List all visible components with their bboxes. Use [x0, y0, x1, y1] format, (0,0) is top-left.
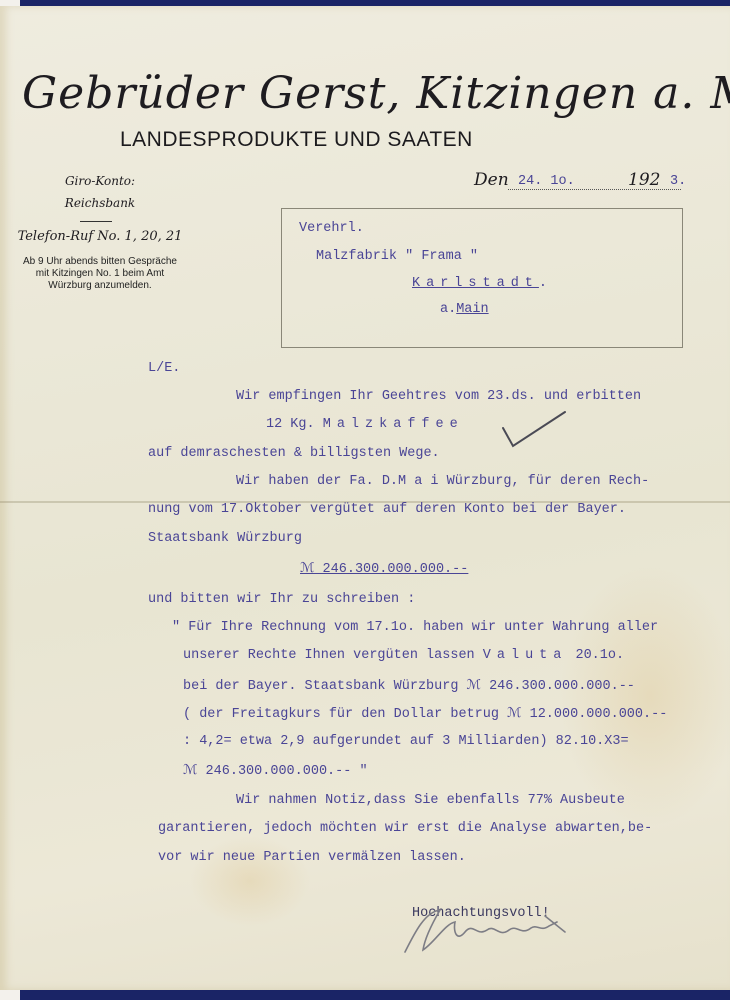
item-malzkaffee: Malzkaffee	[323, 417, 464, 432]
paper-stain	[560, 566, 730, 826]
telephone-info: Telefon-Ruf No. 1, 20, 21	[0, 229, 200, 244]
company-subtitle: LANDESPRODUKTE UND SAATEN	[120, 128, 473, 152]
telephone-note-line-1: Ab 9 Uhr abends bitten Gespräche	[0, 256, 200, 268]
body-line: Wir empfingen Ihr Geehtres vom 23.ds. un…	[236, 389, 641, 404]
quote-line: : 4,2= etwa 2,9 aufgerundet auf 3 Millia…	[183, 734, 629, 749]
body-line: auf demraschesten & billigsten Wege.	[148, 446, 440, 461]
date-day-month: 24. 1o.	[518, 174, 575, 189]
telephone-note-line-3: Würzburg anzumelden.	[0, 280, 200, 292]
body-line: Staatsbank Würzburg	[148, 531, 302, 546]
date-prefix: Den	[474, 170, 509, 190]
date-year-prefix: 192	[628, 170, 660, 190]
body-line: garantieren, jedoch möchten wir erst die…	[158, 821, 652, 836]
date-line: Den 24. 1o. 192 3.	[474, 172, 699, 192]
quote-line: " Für Ihre Rechnung vom 17.1o. haben wir…	[172, 620, 658, 635]
side-divider	[80, 221, 112, 222]
telephone-note-line-2: mit Kitzingen No. 1 beim Amt	[0, 268, 200, 280]
body-line: vor wir neue Partien vermälzen lassen.	[158, 850, 466, 865]
quote-line: bei der Bayer. Staatsbank Würzburg ℳ 246…	[183, 677, 635, 694]
body-line: nung vom 17.Oktober vergütet auf deren K…	[148, 502, 626, 517]
handwritten-signature	[395, 902, 595, 962]
quote-line: unserer Rechte Ihnen vergüten lassen Val…	[183, 648, 624, 663]
date-year-suffix: 3.	[670, 174, 686, 189]
letter-paper	[0, 6, 730, 990]
recipient-city-line: Karlstadt.	[412, 276, 547, 291]
checkmark-icon	[495, 410, 575, 450]
payment-amount: ℳ 246.300.000.000.--	[300, 560, 468, 577]
body-line: 12 Kg. Malzkaffee	[266, 417, 464, 432]
recipient-region: Main	[456, 302, 488, 317]
giro-bank: Reichsbank	[0, 196, 200, 210]
giro-label: Giro-Konto:	[0, 174, 200, 188]
body-line: und bitten wir Ihr zu schreiben :	[148, 592, 415, 607]
recipient-region-line: a.Main	[440, 302, 489, 317]
recipient-salutation: Verehrl.	[299, 221, 364, 236]
body-line: Wir haben der Fa. D.M a i Würzburg, für …	[236, 474, 649, 489]
recipient-city: Karlstadt	[412, 276, 539, 291]
quote-line: ( der Freitagkurs für den Dollar betrug …	[183, 705, 667, 722]
quote-line: ℳ 246.300.000.000.-- "	[183, 762, 368, 779]
company-name: Gebrüder Gerst, Kitzingen a. M.	[22, 68, 730, 119]
recipient-name: Malzfabrik " Frama "	[316, 249, 478, 264]
reference-initials: L/E.	[148, 361, 180, 376]
body-line: Wir nahmen Notiz,dass Sie ebenfalls 77% …	[236, 793, 625, 808]
